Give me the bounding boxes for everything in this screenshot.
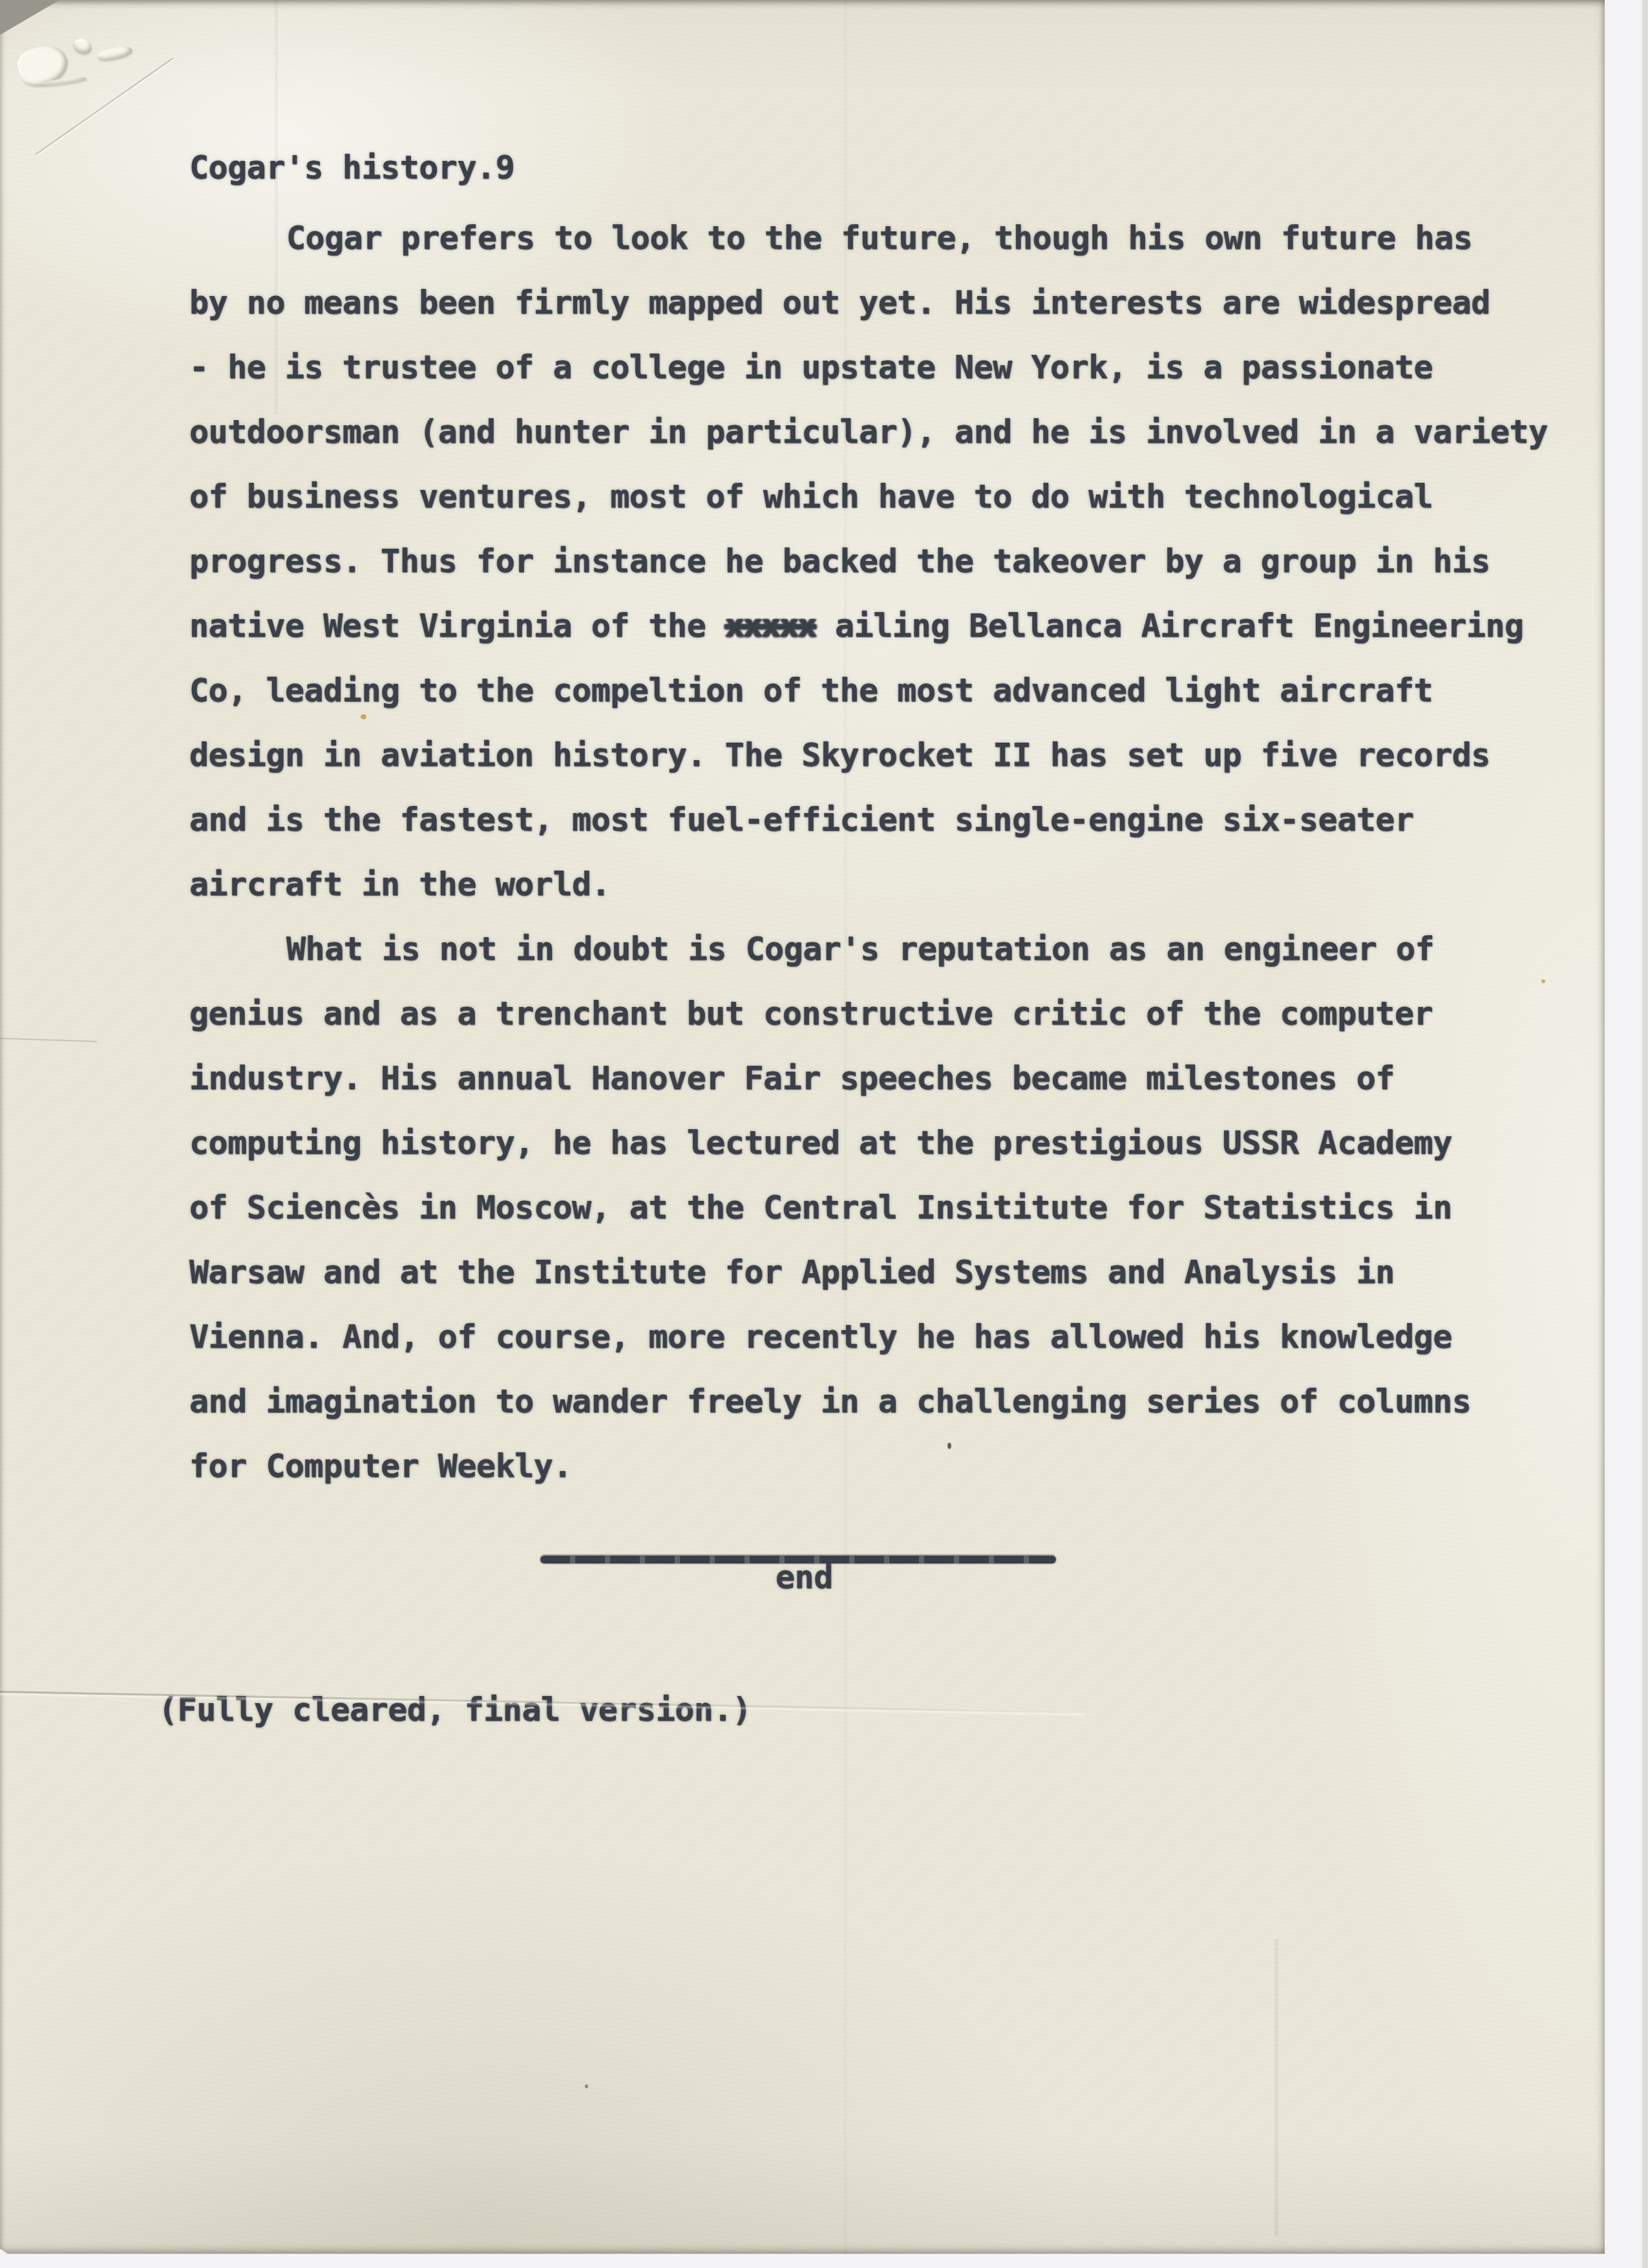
text-line: computing history, he has lectured at th… — [189, 1110, 1471, 1175]
text-line: Co, leading to the compeltion of the mos… — [189, 658, 1548, 723]
text-line: outdoorsman (and hunter in particular), … — [189, 399, 1548, 464]
text-line: by no means been firmly mapped out yet. … — [189, 270, 1548, 335]
text-line: genius and as a trenchant but constructi… — [189, 981, 1471, 1046]
text-line: and imagination to wander freely in a ch… — [189, 1369, 1471, 1434]
paragraph: Cogar prefers to look to the future, tho… — [189, 206, 1548, 917]
text-line: for Computer Weekly. — [189, 1434, 1471, 1498]
text-segment: ailing Bellanca Aircraft Engineering — [816, 607, 1523, 644]
text-line: progress. Thus for instance he backed th… — [189, 529, 1548, 593]
page-title: Cogar's history.9 — [189, 135, 514, 200]
typewritten-content: Cogar's history.9 Cogar prefers to look … — [0, 0, 1605, 2254]
footer-note: (Fully cleared, final version.) — [158, 1677, 752, 1742]
text-line: and is the fastest, most fuel-efficient … — [189, 787, 1548, 852]
text-line: What is not in doubt is Cogar's reputati… — [189, 917, 1471, 981]
text-line: Vienna. And, of course, more recently he… — [189, 1304, 1471, 1369]
text-line: aircraft in the world. — [189, 852, 1548, 917]
paragraph: What is not in doubt is Cogar's reputati… — [189, 917, 1471, 1498]
text-line: design in aviation history. The Skyrocke… — [189, 723, 1548, 787]
text-line: industry. His annual Hanover Fair speech… — [189, 1046, 1471, 1110]
text-line: of business ventures, most of which have… — [189, 464, 1548, 529]
text-line: native West Virginia of the xxxxx ailing… — [189, 593, 1548, 658]
scan-right-edge — [1642, 0, 1648, 2268]
end-label: end — [776, 1545, 833, 1609]
text-line: of Sciencès in Moscow, at the Central In… — [189, 1175, 1471, 1240]
struck-out-word: xxxxx — [725, 607, 816, 644]
text-segment: native West Virginia of the — [189, 607, 725, 644]
text-line: - he is trustee of a college in upstate … — [189, 335, 1548, 399]
paper-sheet: Cogar's history.9 Cogar prefers to look … — [0, 0, 1605, 2254]
text-line: Cogar prefers to look to the future, tho… — [189, 206, 1548, 270]
text-line: Warsaw and at the Institute for Applied … — [189, 1240, 1471, 1304]
